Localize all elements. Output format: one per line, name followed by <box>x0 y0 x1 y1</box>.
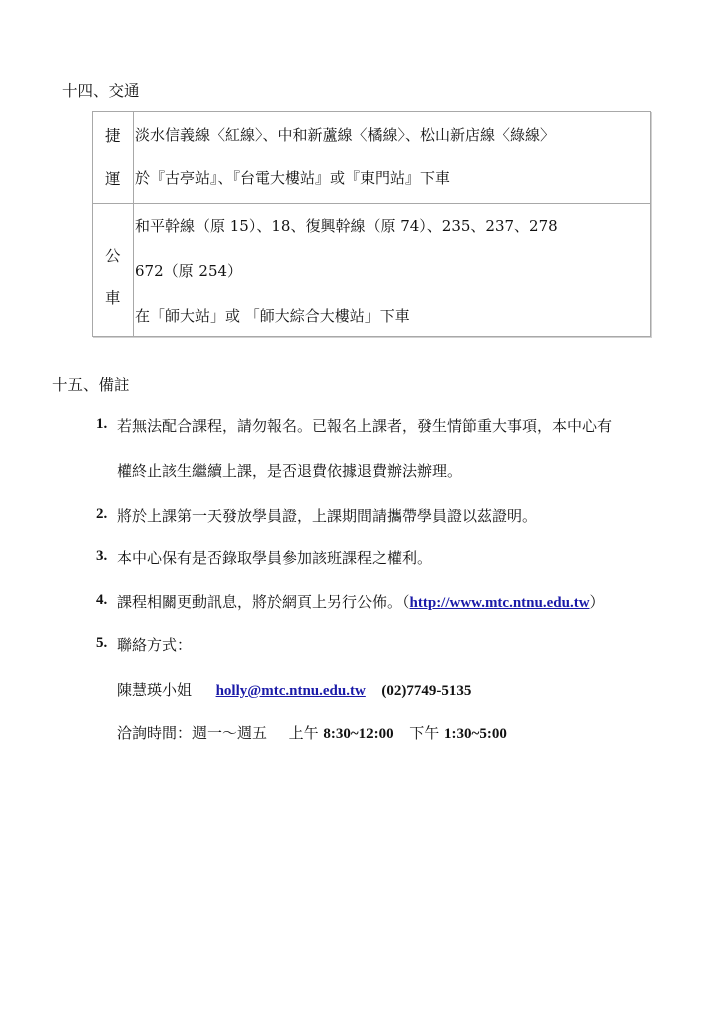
item-4-suffix: ） <box>590 593 605 611</box>
mrt-lines-text: 淡水信義線〈紅線〉、中和新蘆線〈橘線〉、松山新店線〈綠線〉 <box>135 124 555 145</box>
item-number: 3. <box>96 548 107 565</box>
bus-label-cell: 公 車 <box>93 204 134 336</box>
item-4-line: 課程相關更動訊息，將於網頁上另行公佈。（http://www.mtc.ntnu.… <box>117 591 605 612</box>
item-1-text-cont: 權終止該生繼續上課，是否退費依據退費辦法辦理。 <box>117 460 462 481</box>
mrt-label-cell: 捷 運 <box>93 112 134 203</box>
bus-stop-text: 在「師大站」或 「師大綜合大樓站」下車 <box>135 305 410 326</box>
section-15-title: 十五、備註 <box>52 373 130 395</box>
item-1-text: 若無法配合課程，請勿報名。已報名上課者，發生情節重大事項，本中心有 <box>117 415 612 436</box>
website-link[interactable]: http://www.mtc.ntnu.edu.tw <box>410 595 590 611</box>
bus-label-char: 公 <box>105 244 121 266</box>
morning-hours: 8:30~12:00 <box>323 726 393 742</box>
item-5-text: 聯絡方式： <box>117 634 192 655</box>
table-row-bus: 公 車 和平幹線（原 15）、18、復興幹線（原 74）、235、237、278… <box>93 204 650 336</box>
item-number: 1. <box>96 416 107 433</box>
contact-line: 陳慧瑛小姐 holly@mtc.ntnu.edu.tw (02)7749-513… <box>117 679 471 700</box>
mrt-label-char: 捷 <box>105 124 121 146</box>
contact-email-link[interactable]: holly@mtc.ntnu.edu.tw <box>216 683 366 699</box>
item-4-text: 課程相關更動訊息，將於網頁上另行公佈。（ <box>117 593 410 611</box>
item-number: 5. <box>96 635 107 652</box>
contact-phone: (02)7749-5135 <box>381 683 471 699</box>
bus-routes-text-2: 672（原 254） <box>135 260 242 281</box>
item-3-text: 本中心保有是否錄取學員參加該班課程之權利。 <box>117 547 432 568</box>
hours-label: 洽詢時間：週一～週五 <box>117 724 267 742</box>
item-number: 4. <box>96 592 107 609</box>
transit-table: 捷 運 淡水信義線〈紅線〉、中和新蘆線〈橘線〉、松山新店線〈綠線〉 於『古亭站』… <box>92 111 651 337</box>
item-number: 2. <box>96 506 107 523</box>
section-14-title: 十四、交通 <box>62 79 140 101</box>
bus-routes-text: 和平幹線（原 15）、18、復興幹線（原 74）、235、237、278 <box>135 215 558 236</box>
mrt-stations-text: 於『古亭站』、『台電大樓站』或『東門站』下車 <box>135 167 450 188</box>
hours-line: 洽詢時間：週一～週五 上午 8:30~12:00 下午 1:30~5:00 <box>117 722 507 743</box>
afternoon-label: 下午 <box>409 724 439 742</box>
bus-label-char: 車 <box>105 286 121 308</box>
table-row-mrt: 捷 運 淡水信義線〈紅線〉、中和新蘆線〈橘線〉、松山新店線〈綠線〉 於『古亭站』… <box>93 112 650 204</box>
contact-name: 陳慧瑛小姐 <box>117 681 192 699</box>
mrt-label-char: 運 <box>105 167 121 189</box>
morning-label: 上午 <box>289 724 319 742</box>
item-2-text: 將於上課第一天發放學員證，上課期間請攜帶學員證以茲證明。 <box>117 505 537 526</box>
afternoon-hours: 1:30~5:00 <box>444 726 507 742</box>
